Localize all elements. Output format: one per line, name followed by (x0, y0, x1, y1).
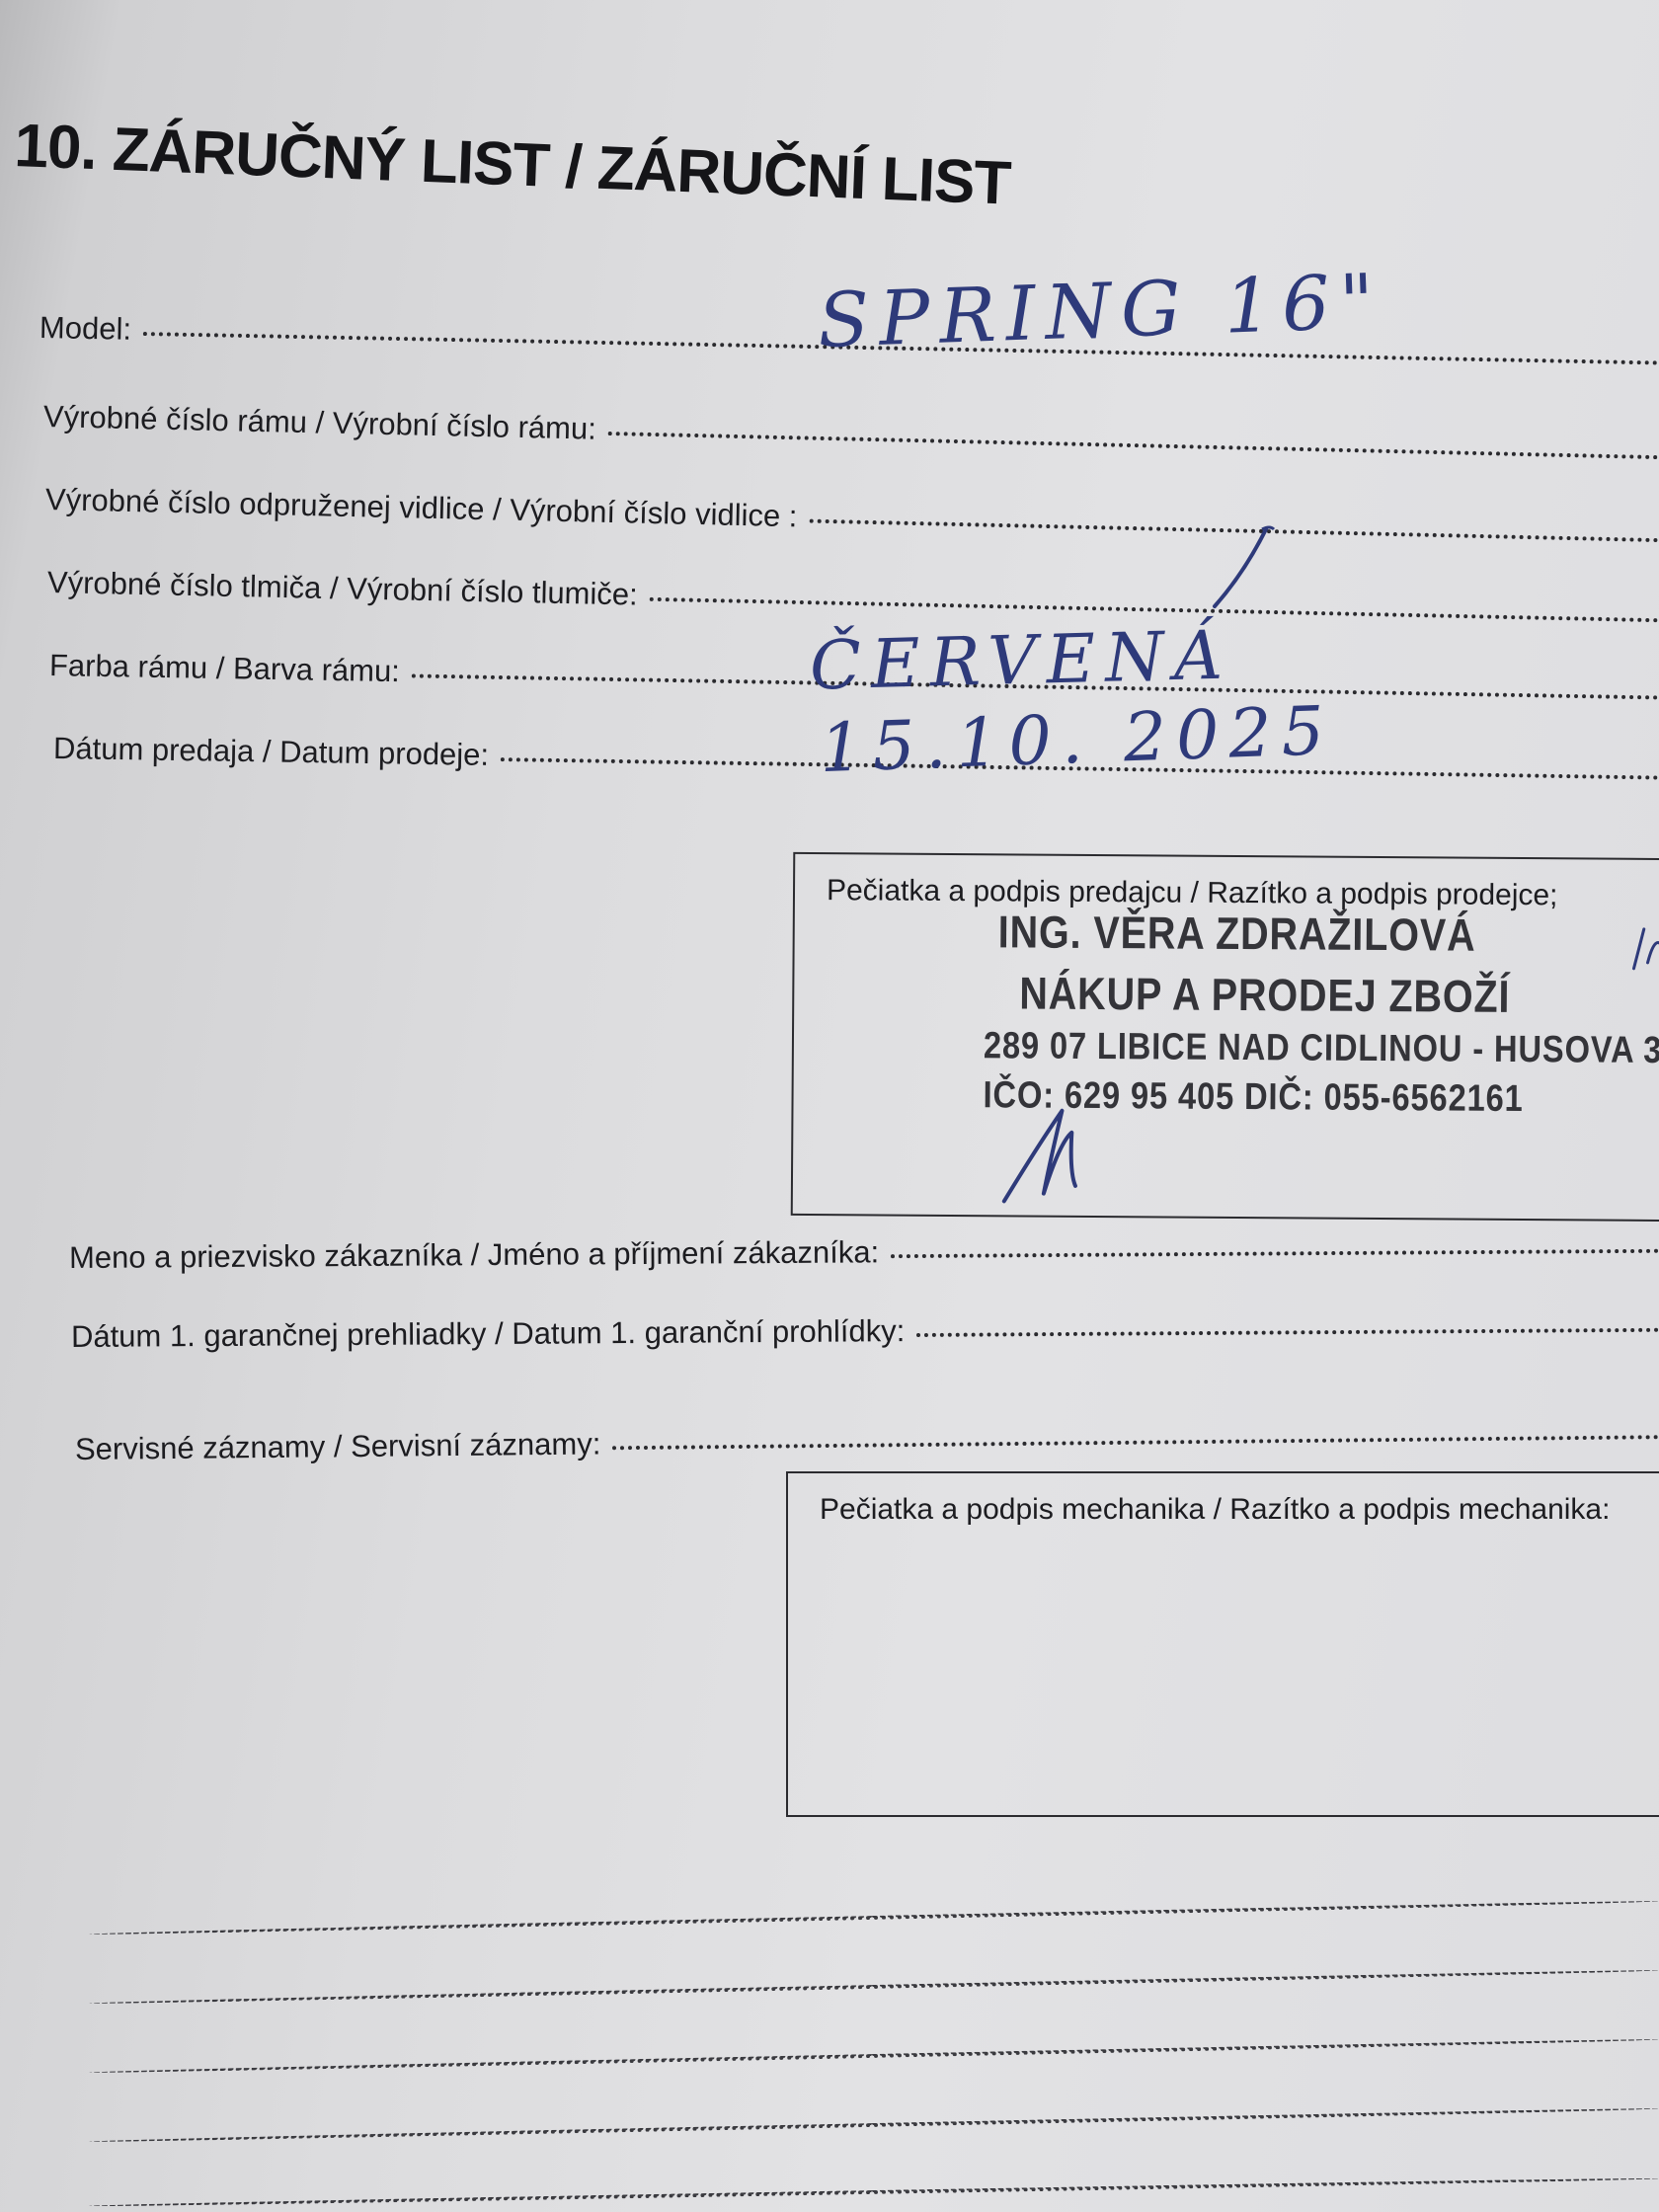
mechanic-box-label: Pečiatka a podpis mechanika / Razítko a … (820, 1493, 1610, 1527)
field-label: Výrobné číslo tlmiča / Výrobní číslo tlu… (47, 565, 638, 613)
blank-line (89, 2176, 1659, 2208)
field-frame-serial: Výrobné číslo rámu / Výrobní číslo rámu: (43, 399, 1659, 471)
field-label: Výrobné číslo odpruženej vidlice / Výrob… (45, 482, 798, 534)
warranty-card: 10. ZÁRUČNÝ LIST / ZÁRUČNÍ LIST Model: S… (0, 0, 1659, 2212)
stamp-line-address: 289 07 LIBICE NAD CIDLINOU - HUSOVA 3 (984, 1025, 1659, 1072)
stamp-line-name: ING. VĚRA ZDRAŽILOVÁ (998, 905, 1476, 961)
field-first-inspection-date: Dátum 1. garančnej prehliadky / Datum 1.… (71, 1308, 1659, 1355)
field-label: Meno a priezvisko zákazníka / Jméno a př… (69, 1234, 879, 1276)
field-label: Servisné záznamy / Servisní záznamy: (75, 1426, 601, 1467)
seller-stamp-box: Pečiatka a podpis predajcu / Razítko a p… (791, 852, 1659, 1222)
blank-line (89, 1899, 1659, 1935)
field-label: Výrobné číslo rámu / Výrobní číslo rámu: (43, 399, 597, 447)
field-label: Dátum predaja / Datum prodeje: (53, 731, 490, 773)
signature-mark (1000, 1102, 1110, 1212)
field-dotted-line (612, 1435, 1659, 1450)
field-customer-name: Meno a priezvisko zákazníka / Jméno a př… (69, 1229, 1659, 1276)
stamp-line-business: NÁKUP A PRODEJ ZBOŽÍ (1019, 966, 1510, 1022)
field-service-records: Servisné záznamy / Servisní záznamy: (75, 1415, 1659, 1467)
field-dotted-line (608, 432, 1659, 459)
mechanic-stamp-box: Pečiatka a podpis mechanika / Razítko a … (786, 1471, 1659, 1817)
field-dotted-line (916, 1328, 1659, 1337)
field-label: Dátum 1. garančnej prehliadky / Datum 1.… (71, 1313, 906, 1355)
blank-line (89, 2037, 1659, 2074)
blank-line (89, 2106, 1659, 2143)
field-label: Farba rámu / Barva rámu: (49, 648, 400, 689)
field-label: Model: (39, 310, 132, 348)
initials-mark (1629, 919, 1659, 979)
field-dotted-line (891, 1249, 1659, 1258)
page-title: 10. ZÁRUČNÝ LIST / ZÁRUČNÍ LIST (13, 111, 1011, 219)
field-fork-serial: Výrobné číslo odpruženej vidlice / Výrob… (45, 482, 1659, 554)
field-shock-serial: Výrobné číslo tlmiča / Výrobní číslo tlu… (47, 565, 1659, 634)
handwritten-color: ČERVENÁ (809, 616, 1233, 705)
blank-line (89, 1968, 1659, 2005)
